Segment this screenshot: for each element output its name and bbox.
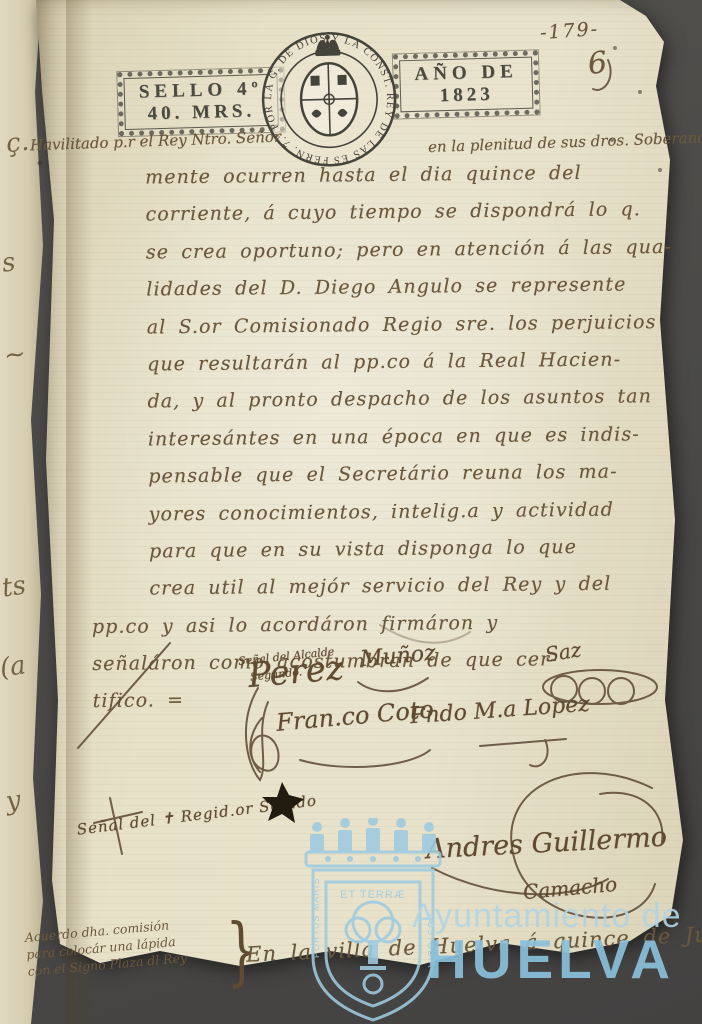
body-line: interesántes en una época en que es indi… [148,423,618,465]
body-line: mente ocurren hasta el dia quince del [145,162,615,204]
closing-date-line: En la villa de Huelva á quince de Julio [246,921,702,966]
body-line: crea util al mejór servicio del Rey y de… [149,573,619,615]
coat-of-arms-icon [300,63,358,137]
body-line: pensable que el Secretário reuna los ma- [148,461,618,503]
royal-seal-icon: FERN. 7.º POR LA G. DE DIOS Y LA CONST. … [256,26,402,172]
senal-regidor-note: Señal del ✝ Regid.or Seg.do [76,791,318,838]
manuscript-content: SELLO 4º 40. MRS. AÑO DE 1823 FERN. 7.º … [0,0,702,1024]
stamp-right-box: AÑO DE 1823 [393,50,540,118]
signature-perez: Perez [246,648,345,696]
body-line: pp.co y asi lo acordáron firmáron y [92,610,620,653]
stamp-mrs-label: 40. MRS. [139,100,263,125]
folio-secondary-number: 6 [586,45,609,82]
body-line: al S.or Comisionado Regio sre. los perju… [147,311,617,353]
lopez-underline [480,739,566,746]
body-line: corriente, á cuyo tiempo se dispondrá lo… [145,199,615,241]
folio-number: -179- [539,18,600,44]
body-line: que resultarán al pp.co á la Real Hacien… [147,348,617,390]
body-line: para que en su vista disponga lo que [149,535,619,577]
signature-andres-guillermo: Andres Guillermo [425,822,667,866]
stamp-ano-label: AÑO DE [414,61,518,86]
body-line: señaláron como acostumbran de que cer- [92,648,620,691]
signature-camacho: Camacho [522,872,618,904]
bottom-margin-note: Acuerdo dha. comisión para colocár una l… [24,915,188,980]
stamp-year-label: 1823 [415,83,519,108]
body-line: da, y al pronto despacho de los asuntos … [147,386,617,428]
body-line: yores conocimientos, intelig.a y activid… [149,498,619,540]
body-line: se crea oportuno; pero en atención á las… [146,236,616,278]
body-line: lidades del D. Diego Angulo se represent… [146,274,616,316]
underline-stroke [300,750,430,767]
lopez-descender [530,740,548,766]
